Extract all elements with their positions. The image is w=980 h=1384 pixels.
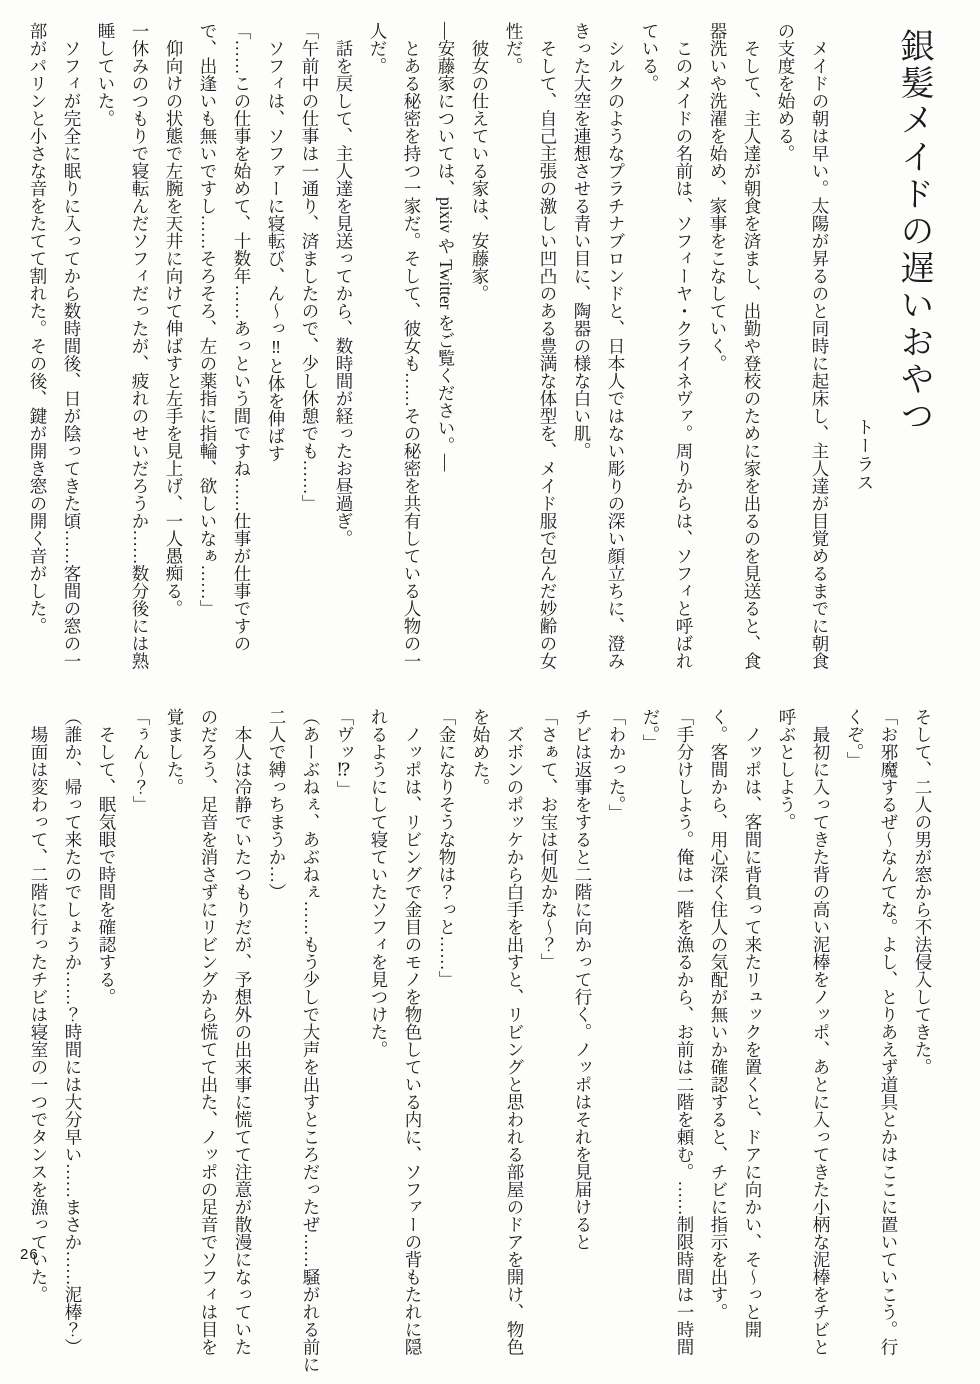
text-line: ―安藤家については、pixiv や Twitter をご覧ください。― bbox=[429, 22, 463, 704]
text-line: ソフィが完全に眠りに入ってから数時間後、日が陰ってきた頃……客間の窓の一 bbox=[55, 22, 89, 704]
text-line: 仰向けの状態で左腕を天井に向けて伸ばすと左手を見上げ、一人愚痴る。 bbox=[157, 22, 191, 704]
text-line: 一休みのつもりで寝転んだソフィだったが、疲れのせいだろうか……数分後には熟 bbox=[123, 22, 157, 704]
text-line: （あーぶねぇ、あぶねぇ……もう少しで大声を出すところだったぜ……騒がれる前に bbox=[294, 708, 328, 1384]
text-line: ている。 bbox=[633, 22, 667, 704]
text-line: 二人で縛っちまうか…） bbox=[260, 708, 294, 1384]
text-line: ソフィは、ソファーに寝転び、ん〜っ‼と体を伸ばす bbox=[259, 22, 293, 704]
text-line: だ。」 bbox=[634, 708, 668, 1384]
text-line: メイドの朝は早い。太陽が昇るのと同時に起床し、主人達が目覚めるまでに朝食 bbox=[803, 22, 837, 704]
text-line: の支度を始める。 bbox=[769, 22, 803, 704]
text-line: 器洗いや洗濯を始め、家事をこなしていく。 bbox=[701, 22, 735, 704]
text-line: のだろう、足音を消さずにリビングから慌てて出た、ノッポの足音でソフィは目を bbox=[192, 708, 226, 1384]
text-line: チビは返事をすると二階に向かって行く。ノッポはそれを見届けると bbox=[566, 708, 600, 1384]
text-line: 彼女の仕えている家は、安藤家。 bbox=[463, 22, 497, 704]
text-line: 「ぅん〜？」 bbox=[124, 708, 158, 1384]
page-number: 26 bbox=[20, 1246, 39, 1263]
text-line: 人だ。 bbox=[361, 22, 395, 704]
text-line: 呼ぶとしよう。 bbox=[770, 708, 804, 1384]
text-line: とある秘密を持つ一家だ。そして、彼女も……その秘密を共有している人物の一 bbox=[395, 22, 429, 704]
text-line: 話を戻して、主人達を見送ってから、数時間が経ったお昼過ぎ。 bbox=[327, 22, 361, 704]
text-line: れるようにして寝ていたソフィを見つけた。 bbox=[362, 708, 396, 1384]
text-line: そして、主人達が朝食を済まし、出勤や登校のために家を出るのを見送ると、食 bbox=[735, 22, 769, 704]
text-line: ノッポは、客間に背負って来たリュックを置くと、ドアに向かい、そ〜っと開 bbox=[736, 708, 770, 1384]
author-name: トーラス bbox=[853, 418, 878, 492]
text-line: そして、眠気眼で時間を確認する。 bbox=[90, 708, 124, 1384]
text-line: シルクのようなプラチナブロンドと、日本人ではない彫りの深い顔立ちに、澄み bbox=[599, 22, 633, 704]
text-line: ズボンのポッケから白手を出すと、リビングと思われる部屋のドアを開け、物色 bbox=[498, 708, 532, 1384]
text-line: そして、二人の男が窓から不法侵入してきた。 bbox=[906, 708, 940, 1384]
text-line: 「手分けしよう。俺は一階を漁るから、お前は二階を頼む。……制限時間は一時間 bbox=[668, 708, 702, 1384]
text-line: このメイドの名前は、ソフィーヤ・クライネヴァ。周りからは、ソフィと呼ばれ bbox=[667, 22, 701, 704]
text-line: 部がパリンと小さな音をたてて割れた。その後、鍵が開き窓の開く音がした。 bbox=[21, 22, 55, 704]
main-text-bottom: そして、二人の男が窓から不法侵入してきた。「お邪魔するぜ〜なんてな。よし、とりあ… bbox=[22, 708, 940, 1384]
text-line: 最初に入ってきた背の高い泥棒をノッポ、あとに入ってきた小柄な泥棒をチビと bbox=[804, 708, 838, 1384]
text-line: （誰か、帰って来たのでしょうか……？時間には大分早い……まさか……泥棒？） bbox=[56, 708, 90, 1384]
text-line: 場面は変わって、二階に行ったチビは寝室の一つでタンスを漁っていた。 bbox=[22, 708, 56, 1384]
text-line: 睡していた。 bbox=[89, 22, 123, 704]
text-line: きった大空を連想させる青い目に、陶器の様な白い肌。 bbox=[565, 22, 599, 704]
text-line: 「ヴッ⁉」 bbox=[328, 708, 362, 1384]
text-line: 性だ。 bbox=[497, 22, 531, 704]
page-title: 銀髪メイドの遅いおやつ bbox=[889, 28, 938, 435]
text-line: く。客間から、用心深く住人の気配が無いか確認すると、チビに指示を出す。 bbox=[702, 708, 736, 1384]
text-line: 覚ました。 bbox=[158, 708, 192, 1384]
main-text-top: メイドの朝は早い。太陽が昇るのと同時に起床し、主人達が目覚めるまでに朝食の支度を… bbox=[21, 22, 837, 704]
text-line: くぞ。」 bbox=[838, 708, 872, 1384]
text-line: で、出逢いも無いですし……そろそろ、左の薬指に指輪、欲しいなぁ……」 bbox=[191, 22, 225, 704]
text-line: を始めた。 bbox=[464, 708, 498, 1384]
text-line: そして、自己主張の激しい凹凸のある豊満な体型を、メイド服で包んだ妙齢の女 bbox=[531, 22, 565, 704]
text-line: 「……この仕事を始めて、十数年……あっという間ですね……仕事が仕事ですの bbox=[225, 22, 259, 704]
novel-page: 銀髪メイドの遅いおやつ トーラス メイドの朝は早い。太陽が昇るのと同時に起床し、… bbox=[0, 0, 980, 1384]
text-line: 「午前中の仕事は一通り、済ましたので、少し休憩でも……」 bbox=[293, 22, 327, 704]
text-line: 「お邪魔するぜ〜なんてな。よし、とりあえず道具とかはここに置いていこう。行 bbox=[872, 708, 906, 1384]
text-line: 本人は冷静でいたつもりだが、予想外の出来事に慌てて注意が散漫になっていた bbox=[226, 708, 260, 1384]
text-line: 「金になりそうな物は？っと……」 bbox=[430, 708, 464, 1384]
text-line: 「さぁて、お宝は何処かな〜？」 bbox=[532, 708, 566, 1384]
text-line: 「わかった。」 bbox=[600, 708, 634, 1384]
text-line: ノッポは、リビングで金目のモノを物色している内に、ソファーの背もたれに隠 bbox=[396, 708, 430, 1384]
